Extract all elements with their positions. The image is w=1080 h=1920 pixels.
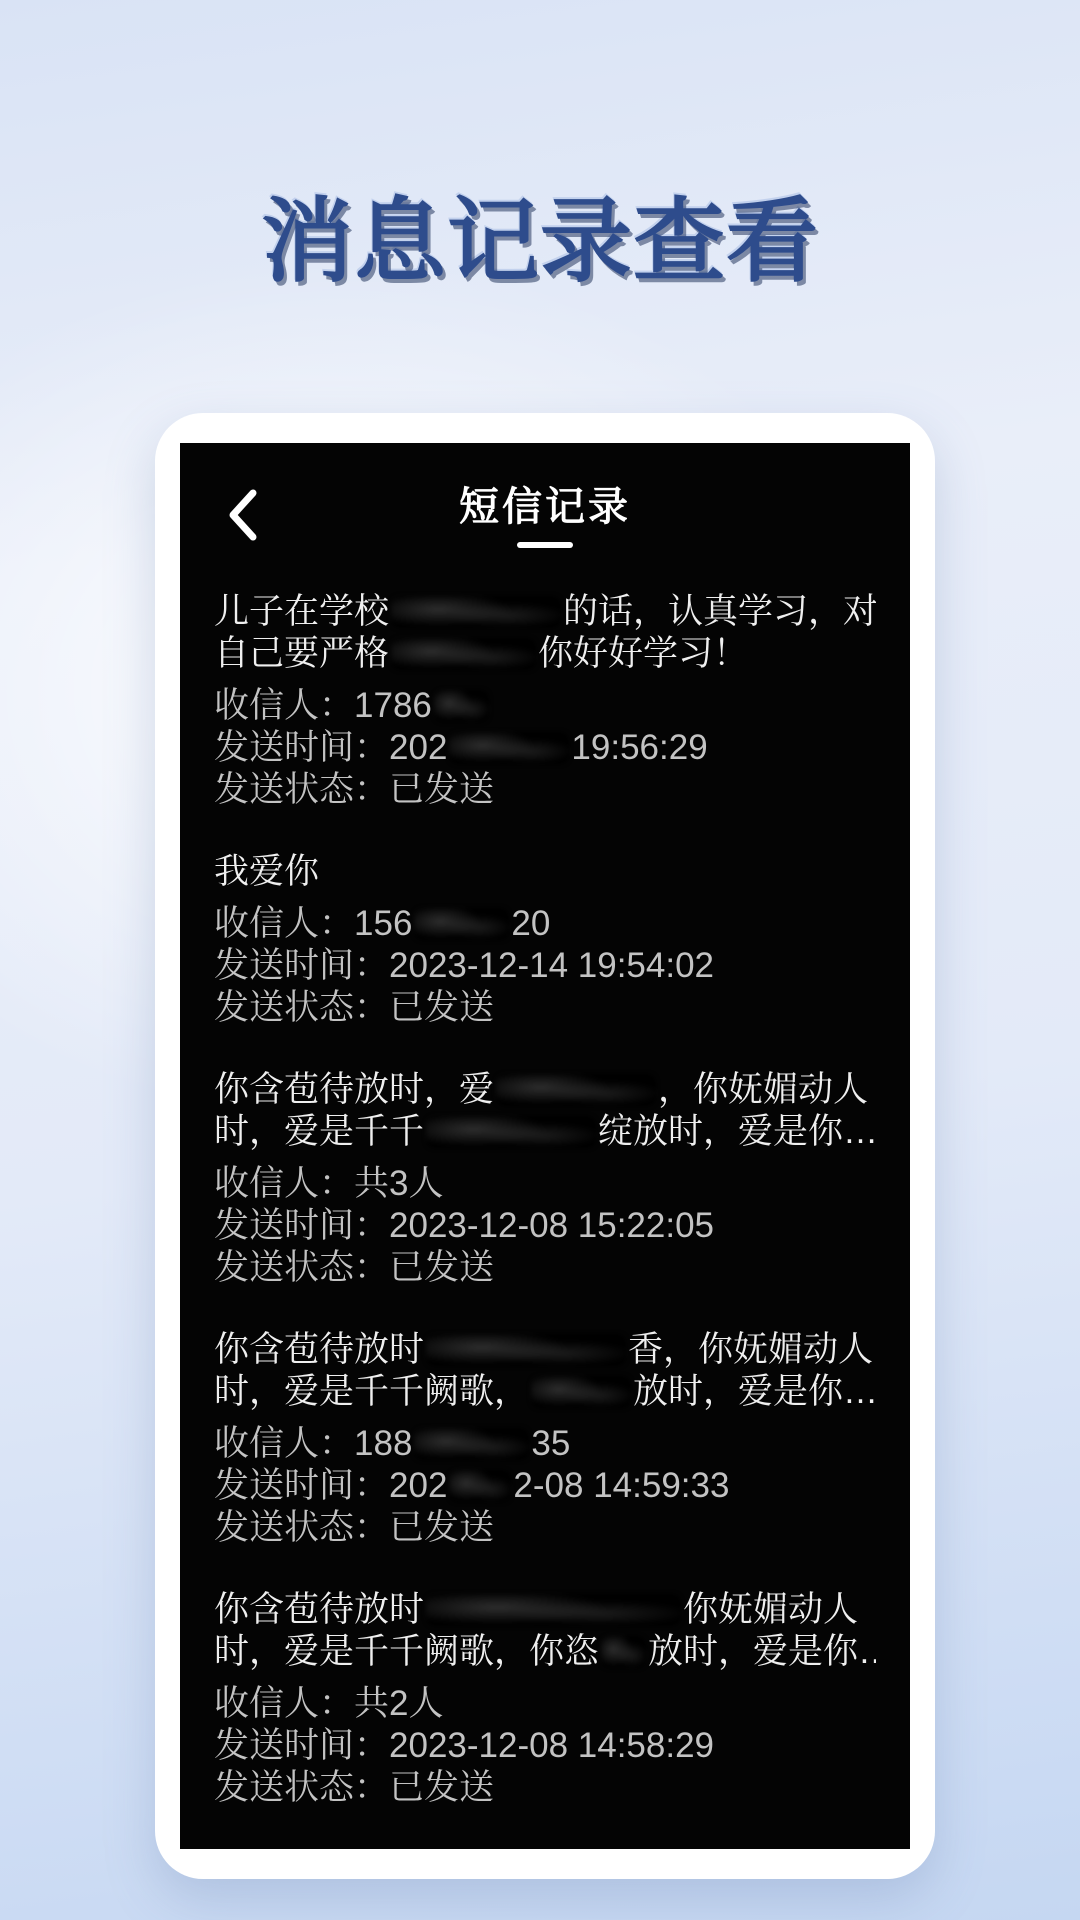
text-segment: 放时，爱是你… [633,1372,876,1411]
redacted-segment [426,1334,626,1366]
redacted-segment [391,638,536,670]
message-details: 收信人：18835发送时间：2022-08 14:59:33发送状态：已发送 [214,1423,876,1549]
detail-status: 发送状态：已发送 [214,1767,876,1809]
detail-recipient: 收信人：共2人 [214,1683,876,1725]
text-segment: ，你妩媚动人 [658,1070,868,1109]
redacted-segment [449,1470,511,1502]
message-line: 时，爱是千千阙歌，你恣放时，爱是你… [214,1631,876,1673]
message-text: 儿子在学校的话，认真学习，对自己要严格你好好学习！ [214,591,876,675]
detail-time: 发送时间：2023-12-14 19:54:02 [214,945,876,987]
text-segment: 放时，爱是你… [648,1632,876,1671]
detail-time: 发送时间：2023-12-08 14:58:29 [214,1725,876,1767]
detail-status: 发送状态：已发送 [214,987,876,1029]
text-segment: 我爱你 [214,852,319,891]
message-details: 收信人：共3人发送时间：2023-12-08 15:22:05发送状态：已发送 [214,1163,876,1289]
message-line: 我爱你 [214,851,876,893]
redacted-segment [601,1636,646,1668]
text-segment: 你含苞待放时 [214,1330,424,1369]
text-segment: 已发送 [389,770,494,809]
detail-label: 发送时间： [214,946,389,985]
page-title: 消息记录查看 [0,168,1080,300]
detail-label: 发送时间： [214,1466,389,1505]
message-details: 收信人：1786发送时间：20219:56:29发送状态：已发送 [214,685,876,811]
detail-time: 发送时间：2022-08 14:59:33 [214,1465,876,1507]
text-segment: 35 [531,1424,570,1463]
screen-title: 短信记录 [459,475,631,532]
redacted-segment [434,690,489,722]
text-segment: 已发送 [389,988,494,1027]
detail-label: 发送时间： [214,1206,389,1245]
text-segment: 202 [389,728,447,767]
detail-status: 发送状态：已发送 [214,769,876,811]
message-item: 你含苞待放时你妩媚动人时，爱是千千阙歌，你恣放时，爱是你… 收信人：共2人发送时… [214,1589,876,1809]
chevron-left-icon [225,488,259,542]
text-segment: 你好好学习！ [538,634,748,673]
detail-label: 收信人： [214,686,354,725]
detail-time: 发送时间：20219:56:29 [214,727,876,769]
detail-label: 收信人： [214,1164,354,1203]
redacted-segment [531,1376,631,1408]
detail-label: 发送状态： [214,988,389,1027]
message-list: 儿子在学校的话，认真学习，对自己要严格你好好学习！ 收信人：1786发送时间：2… [214,591,876,1849]
phone-card: 短信记录 儿子在学校的话，认真学习，对自己要严格你好好学习！ 收信人：1786发… [155,413,935,1879]
screen-title-wrap: 短信记录 [214,475,876,548]
text-segment: 已发送 [389,1248,494,1287]
message-text: 我爱你 [214,851,876,893]
detail-label: 发送时间： [214,1726,389,1765]
message-line: 你含苞待放时，爱，你妩媚动人 [214,1069,876,1111]
redacted-segment [426,1594,681,1626]
redacted-segment [414,908,509,940]
back-button[interactable] [220,487,264,543]
text-segment: 156 [354,904,412,943]
detail-status: 发送状态：已发送 [214,1247,876,1289]
message-item: 你含苞待放时，爱，你妩媚动人时，爱是千千绽放时，爱是你… 收信人：共3人发送时间… [214,1069,876,1289]
text-segment: 绽放时，爱是你… [598,1112,876,1151]
text-segment: 188 [354,1424,412,1463]
detail-recipient: 收信人：共3人 [214,1163,876,1205]
text-segment: 时，爱是千千阙歌， [214,1372,529,1411]
message-line: 时，爱是千千阙歌，放时，爱是你… [214,1371,876,1413]
redacted-segment [426,1116,596,1148]
text-segment: 你妩媚动人 [683,1590,858,1629]
message-line: 你含苞待放时香，你妩媚动人 [214,1329,876,1371]
text-segment: 2023-12-08 14:58:29 [389,1726,714,1765]
message-line: 自己要严格你好好学习！ [214,633,876,675]
text-segment: 你含苞待放时，爱 [214,1070,494,1109]
message-details: 收信人：共2人发送时间：2023-12-08 14:58:29发送状态：已发送 [214,1683,876,1809]
message-item: 儿子在学校的话，认真学习，对自己要严格你好好学习！ 收信人：1786发送时间：2… [214,591,876,811]
text-segment: 共3人 [354,1164,443,1203]
text-segment: 202 [389,1466,447,1505]
screen-header: 短信记录 [214,443,876,547]
detail-recipient: 收信人：15620 [214,903,876,945]
message-text: 你含苞待放时你妩媚动人时，爱是千千阙歌，你恣放时，爱是你… [214,1589,876,1673]
text-segment: 20 [511,904,550,943]
text-segment: 你含苞待放时 [214,1590,424,1629]
text-segment: 儿子在学校 [214,592,389,631]
detail-recipient: 收信人：18835 [214,1423,876,1465]
detail-label: 收信人： [214,1684,354,1723]
redacted-segment [414,1428,529,1460]
detail-label: 发送状态： [214,1508,389,1547]
detail-label: 收信人： [214,1424,354,1463]
message-text: 你含苞待放时，爱，你妩媚动人时，爱是千千绽放时，爱是你… [214,1069,876,1153]
text-segment: 的话，认真学习，对 [563,592,876,631]
message-item: 我爱你 收信人：15620发送时间：2023-12-14 19:54:02发送状… [214,851,876,1029]
redacted-segment [391,596,561,628]
message-details: 收信人：15620发送时间：2023-12-14 19:54:02发送状态：已发… [214,903,876,1029]
message-text: 你含苞待放时香，你妩媚动人时，爱是千千阙歌，放时，爱是你… [214,1329,876,1413]
message-item: 你含苞待放时香，你妩媚动人时，爱是千千阙歌，放时，爱是你… 收信人：18835发… [214,1329,876,1549]
sms-screen: 短信记录 儿子在学校的话，认真学习，对自己要严格你好好学习！ 收信人：1786发… [180,443,910,1849]
redacted-segment [449,732,569,764]
detail-label: 发送时间： [214,728,389,767]
text-segment: 2-08 14:59:33 [513,1466,729,1505]
message-line: 你含苞待放时你妩媚动人 [214,1589,876,1631]
message-line: 儿子在学校的话，认真学习，对 [214,591,876,633]
detail-label: 发送状态： [214,1248,389,1287]
text-segment: 2023-12-08 15:22:05 [389,1206,714,1245]
text-segment: 2023-12-14 19:54:02 [389,946,714,985]
detail-label: 发送状态： [214,770,389,809]
text-segment: 1786 [354,686,432,725]
redacted-segment [496,1074,656,1106]
detail-status: 发送状态：已发送 [214,1507,876,1549]
detail-time: 发送时间：2023-12-08 15:22:05 [214,1205,876,1247]
detail-recipient: 收信人：1786 [214,685,876,727]
message-line: 时，爱是千千绽放时，爱是你… [214,1111,876,1153]
detail-label: 发送状态： [214,1768,389,1807]
text-segment: 自己要严格 [214,634,389,673]
text-segment: 香，你妩媚动人 [628,1330,873,1369]
text-segment: 时，爱是千千阙歌，你恣 [214,1632,599,1671]
text-segment: 已发送 [389,1508,494,1547]
text-segment: 已发送 [389,1768,494,1807]
text-segment: 时，爱是千千 [214,1112,424,1151]
text-segment: 共2人 [354,1684,443,1723]
text-segment: 19:56:29 [571,728,707,767]
detail-label: 收信人： [214,904,354,943]
title-underline [517,542,573,548]
